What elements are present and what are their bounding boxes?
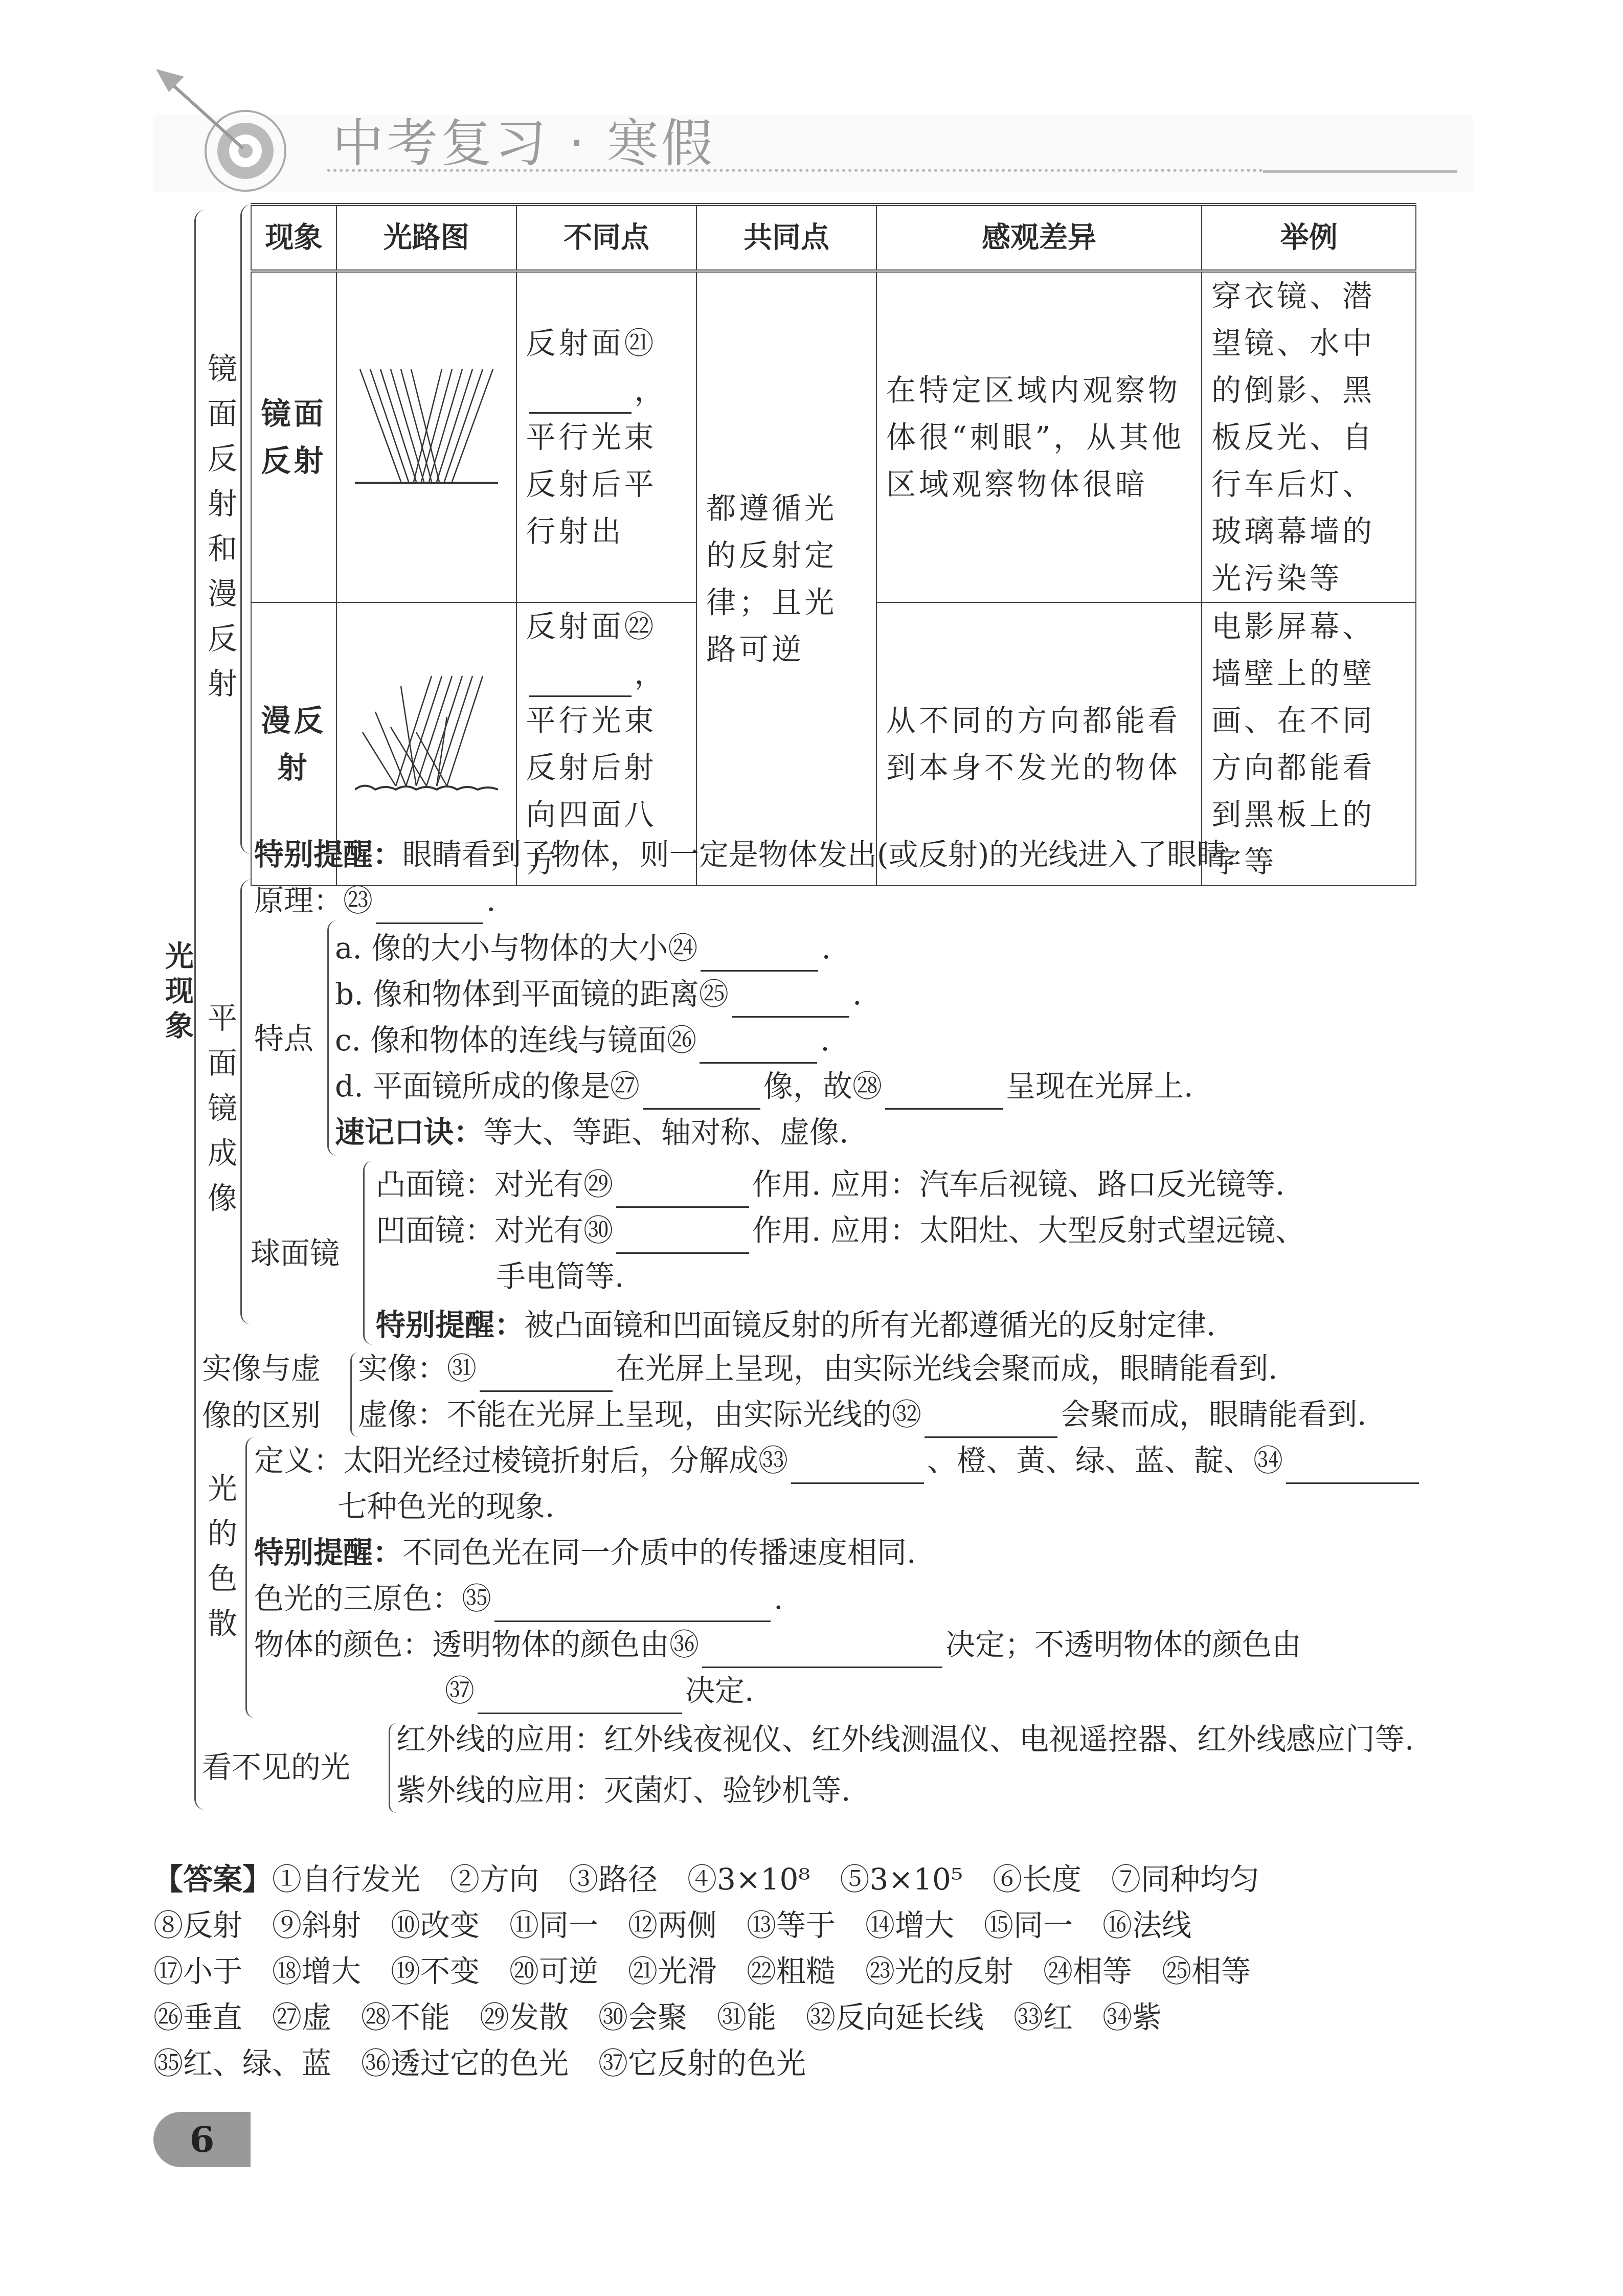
blank-31[interactable] bbox=[480, 1360, 613, 1392]
virtual-text: 虚像：不能在光屏上呈现，由实际光线的㉜ bbox=[358, 1397, 921, 1432]
page-number-badge: 6 bbox=[153, 2112, 251, 2167]
answers-label: 【答案】 bbox=[153, 1862, 272, 1897]
real-virtual-label: 实像与虚 像的区别 bbox=[202, 1345, 321, 1439]
concave-text: 作用. 应用：太阳灶、大型反射式望远镜、 bbox=[752, 1213, 1305, 1248]
answers-line: ⑧反射 ⑨斜射 ⑩改变 ⑪同一 ⑫两侧 ⑬等于 ⑭增大 ⑮同一 ⑯法线 bbox=[153, 1902, 1259, 1948]
blank-30[interactable] bbox=[616, 1222, 749, 1254]
real-image-line: 实像：㉛在光屏上呈现，由实际光线会聚而成，眼睛能看到. bbox=[358, 1345, 1277, 1392]
feature-a: a. 像的大小与物体的大小㉔. bbox=[335, 925, 831, 972]
page-header-title: 中考复习 · 寒假 bbox=[332, 102, 715, 176]
invisible-brace bbox=[389, 1723, 396, 1813]
perception-cell: 在特定区域内观察物体很“刺眼”，从其他区域观察物体很暗 bbox=[876, 271, 1202, 602]
feature-text: d. 平面镜所成的像是㉗ bbox=[335, 1069, 640, 1104]
convex-text: 凸面镜：对光有㉙ bbox=[376, 1167, 613, 1202]
concave-line: 凹面镜：对光有㉚作用. 应用：太阳灶、大型反射式望远镜、 bbox=[376, 1207, 1305, 1254]
blank-22[interactable] bbox=[529, 665, 632, 697]
feature-b: b. 像和物体到平面镜的距离㉕. bbox=[335, 971, 862, 1018]
principle-line: 原理：㉓. bbox=[254, 877, 495, 924]
reminder-label: 特别提醒： bbox=[254, 1535, 402, 1570]
object-color-line: 物体的颜色：透明物体的颜色由㊱决定；不透明物体的颜色由 bbox=[254, 1621, 1301, 1668]
object-color-line-2: ㊲决定. bbox=[445, 1667, 754, 1714]
reminder-label: 特别提醒： bbox=[254, 837, 402, 872]
reminder-2: 特别提醒：被凸面镜和凹面镜反射的所有光都遵循光的反射定律. bbox=[376, 1301, 1215, 1348]
reminder-text: 不同色光在同一介质中的传播速度相同. bbox=[402, 1535, 916, 1570]
feature-text: b. 像和物体到平面镜的距离㉕ bbox=[335, 977, 729, 1011]
feature-text: 呈现在光屏上. bbox=[1006, 1069, 1193, 1104]
answers-block: 【答案】①自行发光 ②方向 ③路径 ④3×10⁸ ⑤3×10⁵ ⑥长度 ⑦同种均… bbox=[153, 1856, 1259, 2086]
primary-text: 色光的三原色：㉟ bbox=[254, 1581, 491, 1616]
virtual-image-line: 虚像：不能在光屏上呈现，由实际光线的㉜会聚而成，眼睛能看到. bbox=[358, 1391, 1366, 1438]
definition-line-2: 七种色光的现象. bbox=[337, 1483, 554, 1530]
blank-32[interactable] bbox=[925, 1406, 1057, 1438]
blank-27[interactable] bbox=[643, 1077, 760, 1110]
blank-36[interactable] bbox=[702, 1636, 942, 1668]
difference-cell: 反射面㉑，平行光束反射后平行射出 bbox=[516, 271, 697, 602]
header-dotted-rule bbox=[327, 169, 1263, 172]
blank-37[interactable] bbox=[478, 1682, 682, 1714]
label-line: 像的区别 bbox=[202, 1392, 321, 1439]
reminder-label: 特别提醒： bbox=[376, 1308, 524, 1342]
reminder-text: 眼睛看到了物体，则一定是物体发出(或反射)的光线进入了眼睛. bbox=[402, 837, 1236, 872]
spine-root-label: 光现象 bbox=[153, 941, 200, 1045]
diagram-cell bbox=[336, 271, 516, 602]
feature-c: c. 像和物体的连线与镜面㉖. bbox=[335, 1017, 830, 1064]
blank-23[interactable] bbox=[376, 892, 483, 924]
header-arrow-rule bbox=[1263, 170, 1457, 173]
phenomenon-cell: 镜面反射 bbox=[251, 271, 336, 602]
real-virtual-brace bbox=[350, 1353, 358, 1437]
plane-mirror-brace bbox=[240, 880, 251, 1324]
definition-text: 定义：太阳光经过棱镜折射后，分解成㉝ bbox=[254, 1443, 788, 1478]
blank-24[interactable] bbox=[701, 939, 818, 972]
difference-text: 反射面㉑ bbox=[526, 326, 657, 361]
answers-line: ㉖垂直 ㉗虚 ㉘不能 ㉙发散 ㉚会聚 ㉛能 ㉜反向延长线 ㉝红 ㉞紫 bbox=[153, 1994, 1259, 2040]
blank-34[interactable] bbox=[1286, 1452, 1419, 1484]
primary-colors-line: 色光的三原色：㉟. bbox=[254, 1575, 783, 1622]
feature-d: d. 平面镜所成的像是㉗像，故㉘呈现在光屏上. bbox=[335, 1063, 1193, 1110]
diffuse-reflection-diagram-icon bbox=[355, 671, 498, 804]
answers-line: ㉟红、绿、蓝 ㊱透过它的色光 ㊲它反射的色光 bbox=[153, 2040, 1259, 2086]
col-header: 不同点 bbox=[516, 205, 697, 271]
answers-text: ①自行发光 ②方向 ③路径 ④3×10⁸ ⑤3×10⁵ ⑥长度 ⑦同种均匀 bbox=[272, 1862, 1259, 1897]
feature-text: c. 像和物体的连线与镜面㉖ bbox=[335, 1023, 696, 1057]
blank-21[interactable] bbox=[529, 381, 632, 414]
reminder-text: 被凸面镜和凹面镜反射的所有光都遵循光的反射定律. bbox=[524, 1308, 1215, 1342]
color-text: ㊲ bbox=[445, 1673, 475, 1708]
blank-29[interactable] bbox=[616, 1176, 749, 1208]
col-header: 共同点 bbox=[696, 205, 876, 271]
sphere-label: 球面镜 bbox=[251, 1230, 340, 1277]
real-text: 在光屏上呈现，由实际光线会聚而成，眼睛能看到. bbox=[616, 1351, 1277, 1386]
definition-text: 、橙、黄、绿、蓝、靛、㉞ bbox=[927, 1443, 1283, 1478]
virtual-text: 会聚而成，眼睛能看到. bbox=[1061, 1397, 1366, 1432]
color-text: 物体的颜色：透明物体的颜色由㊱ bbox=[254, 1627, 699, 1662]
concave-line-2: 手电筒等. bbox=[496, 1253, 624, 1300]
specular-reflection-diagram-icon bbox=[355, 364, 498, 497]
principle-label: 原理：㉓ bbox=[254, 883, 373, 918]
spine-dispersion-label: 光的色散 bbox=[202, 1473, 238, 1653]
blank-26[interactable] bbox=[700, 1031, 817, 1064]
definition-line: 定义：太阳光经过棱镜折射后，分解成㉝、橙、黄、绿、蓝、靛、㉞ bbox=[254, 1437, 1422, 1484]
mnemonic-line: 速记口诀：等大、等距、轴对称、虚像. bbox=[335, 1109, 848, 1156]
answers-line: 【答案】①自行发光 ②方向 ③路径 ④3×10⁸ ⑤3×10⁵ ⑥长度 ⑦同种均… bbox=[153, 1856, 1259, 1902]
convex-text: 作用. 应用：汽车后视镜、路口反光镜等. bbox=[752, 1167, 1284, 1202]
difference-text: 反射面㉒ bbox=[526, 609, 657, 644]
concave-text: 凹面镜：对光有㉚ bbox=[376, 1213, 613, 1248]
infrared-line: 红外线的应用：红外线夜视仪、红外线测温仪、电视遥控器、红外线感应门等. bbox=[396, 1716, 1414, 1763]
blank-28[interactable] bbox=[885, 1077, 1003, 1110]
feature-text: 像，故㉘ bbox=[763, 1069, 882, 1104]
convex-line: 凸面镜：对光有㉙作用. 应用：汽车后视镜、路口反光镜等. bbox=[376, 1161, 1284, 1208]
label-line: 实像与虚 bbox=[202, 1345, 321, 1392]
reflection-comparison-table: 现象 光路图 不同点 共同点 感观差异 举例 镜面反射 反射面㉑，平行光束反射后… bbox=[251, 203, 1416, 886]
ultraviolet-line: 紫外线的应用：灭菌灯、验钞机等. bbox=[396, 1767, 850, 1814]
mnemonic-text: 等大、等距、轴对称、虚像. bbox=[483, 1115, 848, 1150]
real-text: 实像：㉛ bbox=[358, 1351, 477, 1386]
reminder-3: 特别提醒：不同色光在同一介质中的传播速度相同. bbox=[254, 1529, 916, 1576]
answers-line: ⑰小于 ⑱增大 ⑲不变 ⑳可逆 ㉑光滑 ㉒粗糙 ㉓光的反射 ㉔相等 ㉕相等 bbox=[153, 1948, 1259, 1994]
invisible-light-label: 看不见的光 bbox=[202, 1744, 350, 1791]
mnemonic-label: 速记口诀： bbox=[335, 1115, 483, 1150]
features-label: 特点 bbox=[254, 1015, 313, 1062]
feature-text: a. 像的大小与物体的大小㉔ bbox=[335, 931, 697, 965]
blank-33[interactable] bbox=[791, 1452, 924, 1484]
col-header: 感观差异 bbox=[876, 205, 1202, 271]
col-header: 现象 bbox=[251, 205, 336, 271]
sphere-brace bbox=[363, 1161, 373, 1345]
target-with-arrow-icon bbox=[153, 66, 286, 199]
spine-plane-mirror-label: 平面镜成像 bbox=[202, 1002, 238, 1227]
color-text: 决定；不透明物体的颜色由 bbox=[945, 1627, 1301, 1662]
blank-25[interactable] bbox=[732, 985, 849, 1018]
col-header: 举例 bbox=[1202, 205, 1416, 271]
col-header: 光路图 bbox=[336, 205, 516, 271]
reflection-brace bbox=[240, 205, 251, 854]
table-row: 镜面反射 反射面㉑，平行光束反射后平行射出 都遵循光的反射定律；且光路可逆 在特… bbox=[251, 271, 1416, 602]
reminder-1: 特别提醒：眼睛看到了物体，则一定是物体发出(或反射)的光线进入了眼睛. bbox=[254, 831, 1236, 878]
table-header-row: 现象 光路图 不同点 共同点 感观差异 举例 bbox=[251, 205, 1416, 271]
color-text: 决定. bbox=[685, 1673, 754, 1708]
examples-cell: 穿衣镜、潜望镜、水中的倒影、黑板反光、自行车后灯、玻璃幕墙的光污染等 bbox=[1202, 271, 1416, 602]
blank-35[interactable] bbox=[494, 1590, 771, 1622]
common-cell: 都遵循光的反射定律；且光路可逆 bbox=[696, 271, 876, 886]
spine-reflection-label: 镜面反射和漫反射 bbox=[202, 353, 238, 713]
